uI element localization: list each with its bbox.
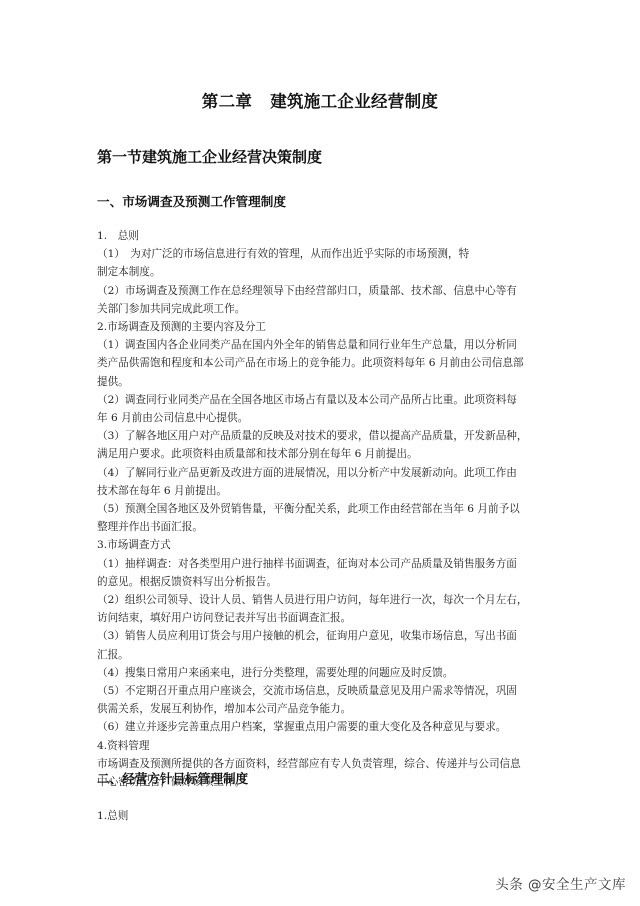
- text-line: 满足用户要求。此项资料由质量部和技术部分别在每年 6 月前提出。: [97, 445, 551, 463]
- text-line: 1.总则: [97, 808, 128, 823]
- text-line: 4.资料管理: [97, 737, 551, 755]
- chapter-number: 第二章: [202, 92, 252, 111]
- text-line: （3）了解各地区用户对产品质量的反映及对技术的要求，借以提高产品质量，开发新品种…: [97, 427, 551, 445]
- subsection-title-1: 一、市场调查及预测工作管理制度: [97, 191, 286, 210]
- text-line: （2）组织公司领导、设计人员、销售人员进行用户访问，每年进行一次，每次一个月左右…: [97, 591, 551, 609]
- text-line: （6）建立并逐步完善重点用户档案，掌握重点用户需要的重大变化及各种意见与要求。: [97, 718, 551, 736]
- text-line: 关部门参加共同完成此项工作。: [97, 300, 551, 318]
- text-line: 访问结束，填好用户访问登记表并写出书面调查汇报。: [97, 609, 551, 627]
- subsection-title-2: 二、经营方针目标管理制度: [97, 768, 248, 787]
- body-text: 1. 总则 （1） 为对广泛的市场信息进行有效的管理，从而作出近乎实际的市场预测…: [97, 227, 551, 791]
- text-line: 整理并作出书面汇报。: [97, 518, 551, 536]
- text-line: 汇报。: [97, 646, 551, 664]
- text-line: （3）销售人员应利用订货会与用户接触的机会，征询用户意见，收集市场信息，写出书面: [97, 627, 551, 645]
- text-line: 类产品供需饱和程度和本公司产品在市场上的竞争能力。此项资料每年 6 月前由公司信…: [97, 354, 551, 372]
- text-line: （4）了解同行业产品更新及改进方面的进展情况，用以分析产中发展新动向。此项工作由: [97, 464, 551, 482]
- watermark: 头条 @安全生产文库: [495, 873, 626, 893]
- text-line: 供需关系，发展互利协作，增加本公司产品竞争能力。: [97, 700, 551, 718]
- text-line: 年 6 月前由公司信息中心提供。: [97, 409, 551, 427]
- text-line: 技术部在每年 6 月前提出。: [97, 482, 551, 500]
- text-line: （2）调查同行业同类产品在全国各地区市场占有量以及本公司产品所占比重。此项资料每: [97, 391, 551, 409]
- text-line: 提供。: [97, 373, 551, 391]
- text-line: 1. 总则: [97, 227, 551, 245]
- text-line: （1）抽样调查：对各类型用户进行抽样书面调查，征询对本公司产品质量及销售服务方面: [97, 555, 551, 573]
- text-line: （4）搜集日常用户来函来电，进行分类整理，需要处理的问题应及时反馈。: [97, 664, 551, 682]
- chapter-title: 第二章建筑施工企业经营制度: [0, 88, 640, 112]
- text-line: （1） 为对广泛的市场信息进行有效的管理，从而作出近乎实际的市场预测，特: [97, 245, 551, 263]
- text-line: 3.市场调查方式: [97, 536, 551, 554]
- text-line: （5）预测全国各地区及外贸销售量，平衡分配关系，此项工作由经营部在当年 6 月前…: [97, 500, 551, 518]
- text-line: （5）不定期召开重点用户座谈会，交流市场信息，反映质量意见及用户需求等情况，巩固: [97, 682, 551, 700]
- chapter-name: 建筑施工企业经营制度: [270, 92, 438, 111]
- section-title: 第一节建筑施工企业经营决策制度: [97, 146, 322, 167]
- text-line: 制定本制度。: [97, 263, 551, 281]
- text-line: 2.市场调查及预测的主要内容及分工: [97, 318, 551, 336]
- text-line: 的意见。根据反馈资料写出分析报告。: [97, 573, 551, 591]
- text-line: （2）市场调查及预测工作在总经理领导下由经营部归口，质量部、技术部、信息中心等有: [97, 282, 551, 300]
- text-line: （1）调查国内各企业同类产品在国内外全年的销售总量和同行业年生产总量，用以分析同: [97, 336, 551, 354]
- document-page: 第二章建筑施工企业经营制度 第一节建筑施工企业经营决策制度 一、市场调查及预测工…: [0, 0, 640, 906]
